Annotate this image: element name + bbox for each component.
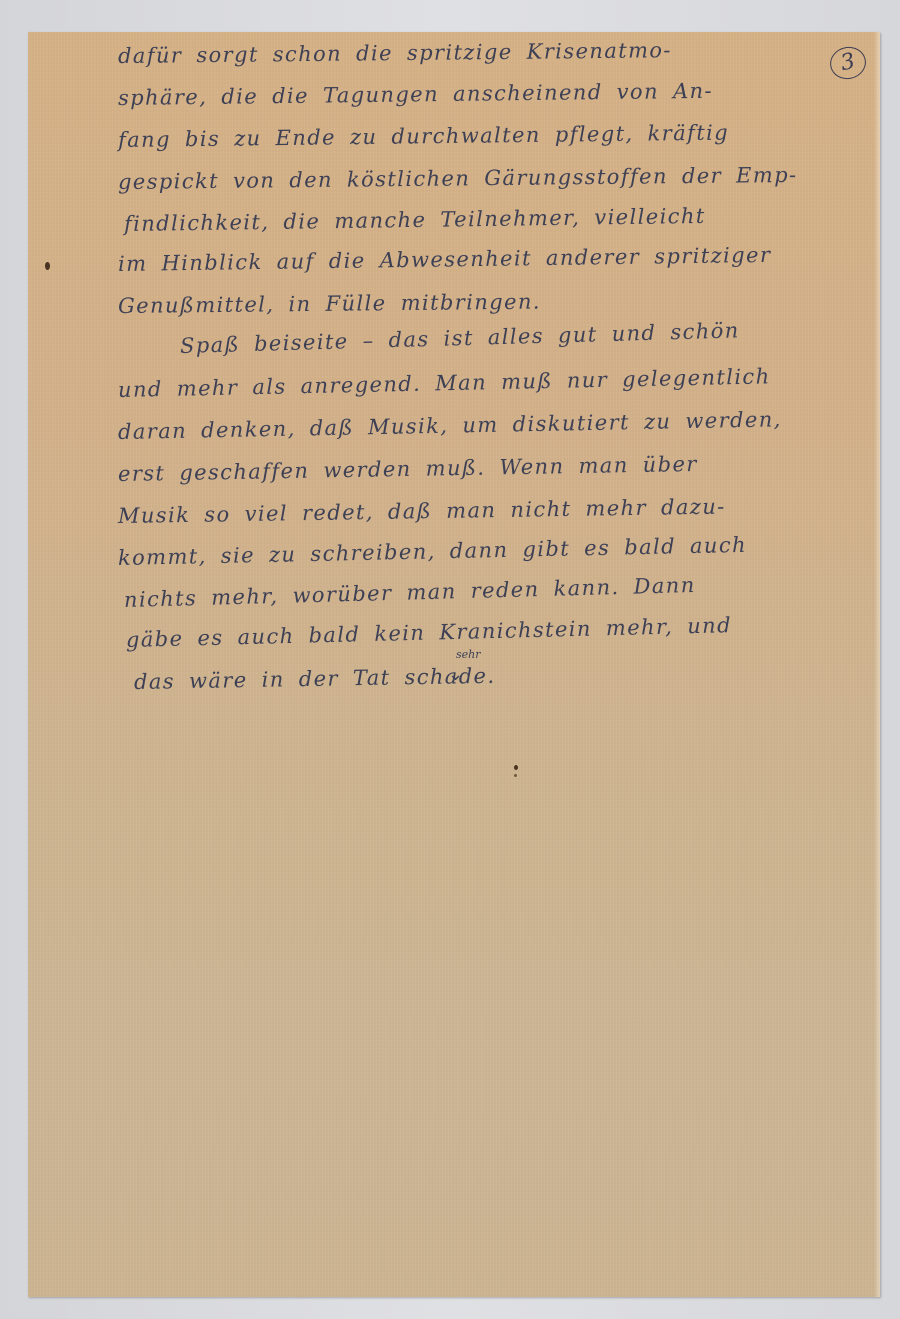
interlinear-insertion: sehr (456, 648, 481, 661)
paper-spot (514, 774, 517, 777)
insertion-caret: ⌄ (448, 664, 463, 685)
page-number-text: 3 (839, 51, 857, 75)
paper-spot (45, 262, 50, 270)
text-line: Genußmittel, in Fülle mitbringen. (118, 290, 541, 318)
paper-spot (514, 765, 518, 770)
